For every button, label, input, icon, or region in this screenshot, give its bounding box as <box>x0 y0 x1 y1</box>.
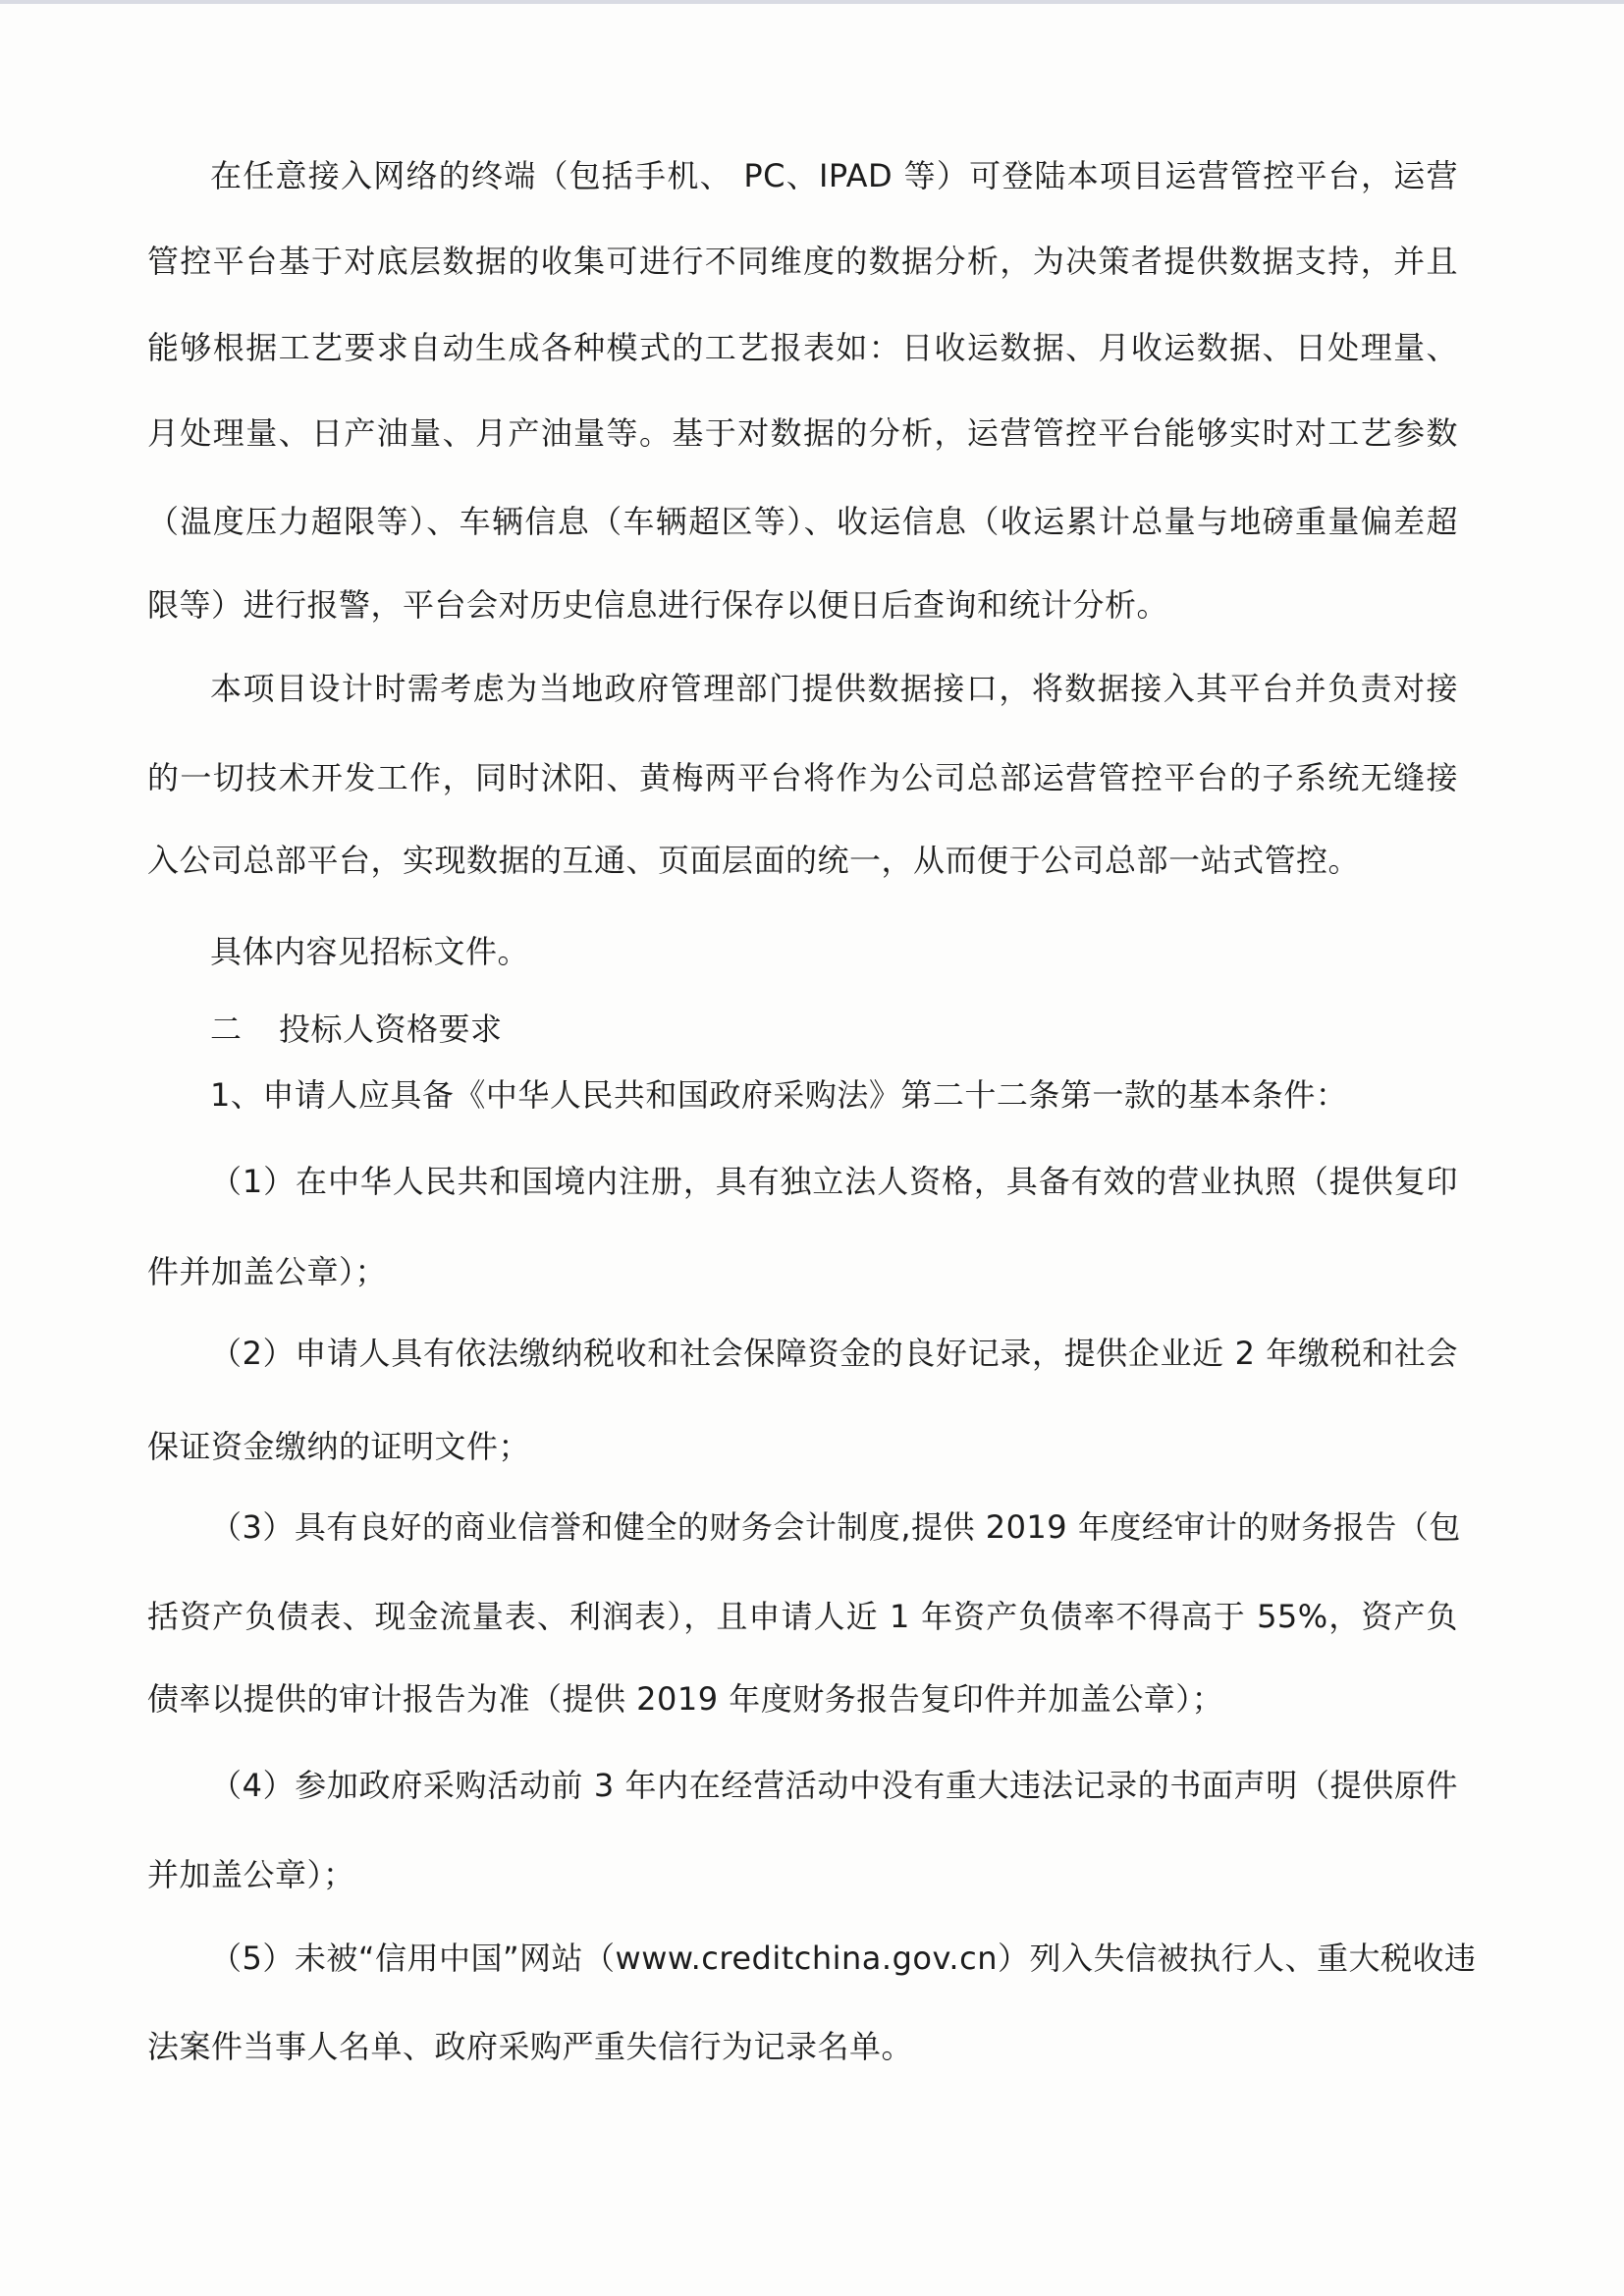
scan-edge <box>0 0 1624 4</box>
text-line: 本项目设计时需考虑为当地政府管理部门提供数据接口，将数据接入其平台并负责对接 <box>210 669 1458 708</box>
text-line: 括资产负债表、现金流量表、利润表），且申请人近 1 年资产负债率不得高于 55%… <box>147 1597 1458 1636</box>
text-line: （2）申请人具有依法缴纳税收和社会保障资金的良好记录，提供企业近 2 年缴税和社… <box>210 1334 1458 1373</box>
text-line: 并加盖公章）； <box>147 1855 1458 1894</box>
text-line: 保证资金缴纳的证明文件； <box>147 1427 1458 1466</box>
text-line: （3）具有良好的商业信誉和健全的财务会计制度,提供 2019 年度经审计的财务报… <box>210 1507 1458 1547</box>
text-line: 能够根据工艺要求自动生成各种模式的工艺报表如：日收运数据、月收运数据、日处理量、 <box>147 328 1458 367</box>
text-line: 月处理量、日产油量、月产油量等。基于对数据的分析，运营管控平台能够实时对工艺参数 <box>147 413 1458 453</box>
text-line: （4）参加政府采购活动前 3 年内在经营活动中没有重大违法记录的书面声明（提供原… <box>210 1766 1458 1805</box>
text-line: 在任意接入网络的终端（包括手机、 PC、IPAD 等）可登陆本项目运营管控平台，… <box>210 156 1458 195</box>
section-number: 二 <box>210 1010 279 1049</box>
text-line: （1）在中华人民共和国境内注册，具有独立法人资格，具备有效的营业执照（提供复印 <box>210 1162 1458 1201</box>
requirement-intro: 1、申请人应具备《中华人民共和国政府采购法》第二十二条第一款的基本条件： <box>210 1075 1458 1115</box>
text-line: 管控平台基于对底层数据的收集可进行不同维度的数据分析，为决策者提供数据支持，并且 <box>147 242 1458 281</box>
text-line: （温度压力超限等）、车辆信息（车辆超区等）、收运信息（收运累计总量与地磅重量偏差… <box>147 502 1458 541</box>
text-line: 的一切技术开发工作，同时沭阳、黄梅两平台将作为公司总部运营管控平台的子系统无缝接 <box>147 758 1458 797</box>
section-title: 投标人资格要求 <box>279 1011 503 1048</box>
text-line: 件并加盖公章）； <box>147 1252 1458 1291</box>
text-line: （5）未被“信用中国”网站（www.creditchina.gov.cn）列入失… <box>210 1939 1458 1978</box>
document-page: 在任意接入网络的终端（包括手机、 PC、IPAD 等）可登陆本项目运营管控平台，… <box>0 0 1624 2296</box>
text-line: 法案件当事人名单、政府采购严重失信行为记录名单。 <box>147 2027 1458 2066</box>
text-line: 债率以提供的审计报告为准（提供 2019 年度财务报告复印件并加盖公章）； <box>147 1679 1458 1719</box>
text-line: 入公司总部平台，实现数据的互通、页面层面的统一，从而便于公司总部一站式管控。 <box>147 841 1458 880</box>
section-heading: 二投标人资格要求 <box>210 1010 996 1049</box>
text-line: 限等）进行报警，平台会对历史信息进行保存以便日后查询和统计分析。 <box>147 585 1458 625</box>
text-line: 具体内容见招标文件。 <box>210 932 1458 971</box>
